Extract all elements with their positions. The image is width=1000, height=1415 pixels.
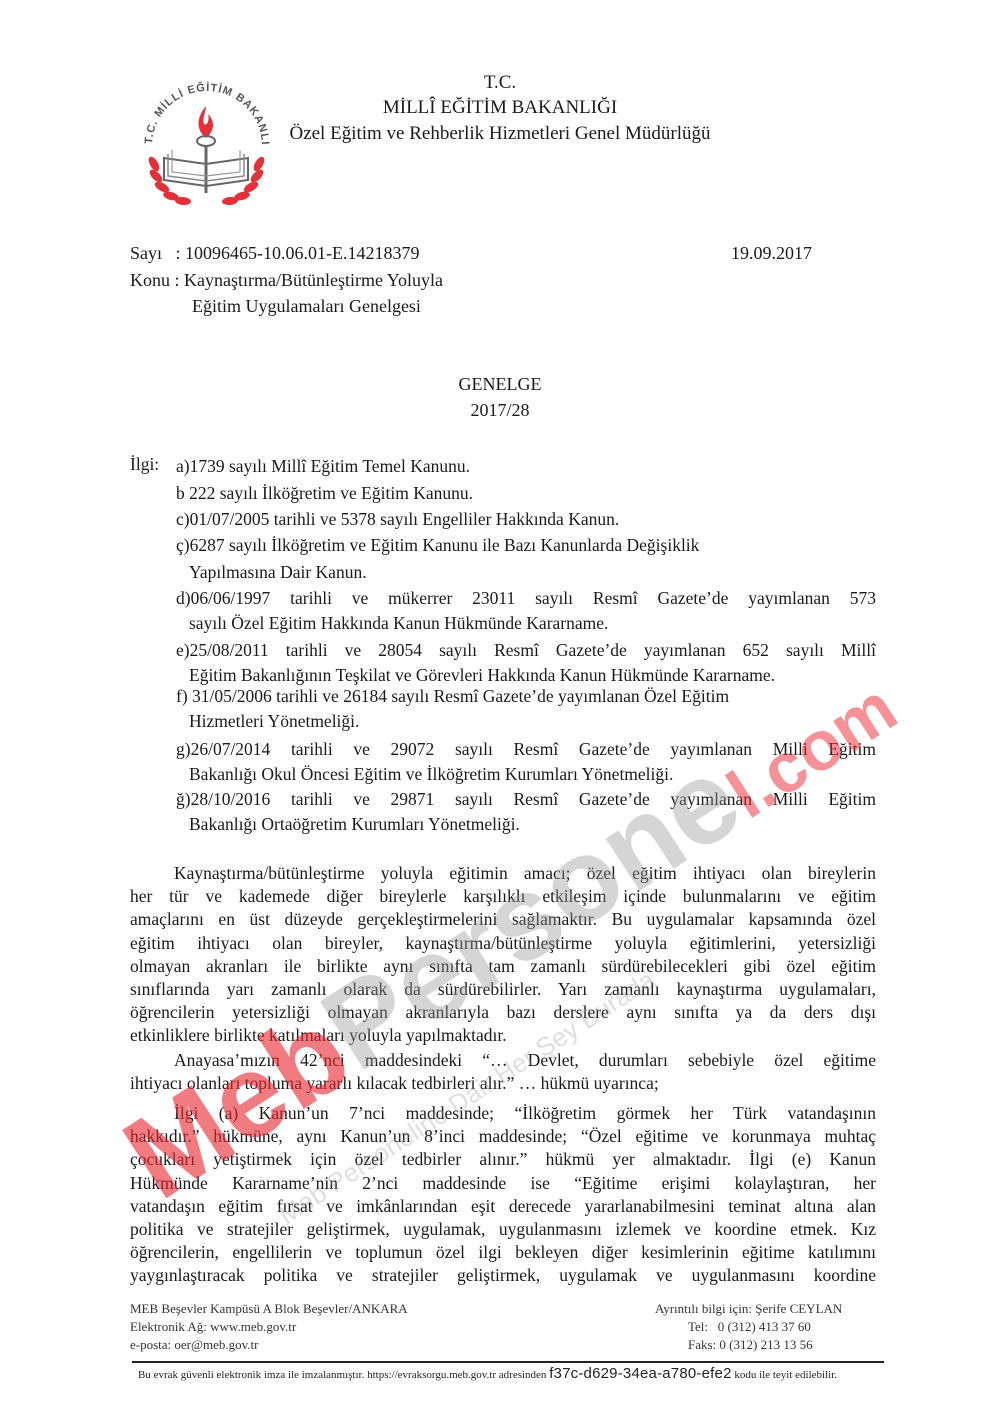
reference-item: c)01/07/2005 tarihli ve 5378 sayılı Enge… [176,507,876,532]
body-line: Anayasa’mızın 42’nci maddesindeki “… Dev… [130,1049,876,1072]
body-line: vatandaşın eğitim fırsat ve imkânlarında… [130,1195,876,1218]
reference-item: a)1739 sayılı Millî Eğitim Temel Kanunu. [176,454,876,479]
footer-contact-left: MEB Beşevler Kampüsü A Blok Beşevler/ANK… [130,1300,408,1354]
reference-line: ğ)28/10/2016 tarihli ve 29871 sayılı Res… [176,787,876,812]
body-line: her tür ve kademede diğer bireylerle kar… [130,885,876,908]
e-signature-note: Bu evrak güvenli elektronik imza ile imz… [138,1365,837,1382]
reference-line: f) 31/05/2006 tarihli ve 26184 sayılı Re… [176,684,876,709]
reference-line: Bakanlığı Ortaöğretim Kurumları Yönetmel… [176,812,876,837]
reference-item: g)26/07/2014 tarihli ve 29072 sayılı Res… [176,737,876,787]
verify-text: Bu evrak güvenli elektronik imza ile imz… [138,1369,549,1381]
document-subject-cont: Eğitim Uygulamaları Genelgesi [192,296,421,317]
body-line: olmayan akranları ile birlikte aynı sını… [130,955,876,978]
header-ministry: MİLLÎ EĞİTİM BAKANLIĞI [280,97,720,119]
footer-website[interactable]: Elektronik Ağ: www.meb.gov.tr [130,1318,408,1336]
page-title: GENELGE [300,374,700,395]
reference-line: g)26/07/2014 tarihli ve 29072 sayılı Res… [176,737,876,762]
footer-contact-right: Ayrıntılı bilgi için: Şerife CEYLAN Tel:… [655,1300,842,1354]
body-line: ihtiyacı olanları topluma yararlı kılaca… [130,1072,876,1095]
references-label: İlgi: [130,454,159,475]
header-tc: T.C. [280,72,720,94]
reference-line: Hizmetleri Yönetmeliği. [176,709,876,734]
reference-line: d)06/06/1997 tarihli ve mükerrer 23011 s… [176,586,876,611]
reference-item: ç)6287 sayılı İlköğretim ve Eğitim Kanun… [176,533,876,585]
document-date: 19.09.2017 [731,243,812,264]
verify-code: f37c-d629-34ea-a780-efe2 [549,1365,731,1382]
reference-line: a)1739 sayılı Millî Eğitim Temel Kanunu. [176,454,876,479]
verify-text-end: kodu ile teyit edilebilir. [732,1369,837,1381]
reference-line: Bakanlığı Okul Öncesi Eğitim ve İlköğret… [176,762,876,787]
body-line: İlgi (a) Kanun’un 7’nci maddesinde; “İlk… [130,1102,876,1125]
body-paragraph: Anayasa’mızın 42’nci maddesindeki “… Dev… [130,1049,876,1095]
body-line: yaygınlaştıracak politika ve stratejiler… [130,1264,876,1287]
body-paragraph: Kaynaştırma/bütünleştirme yoluyla eğitim… [130,862,876,1048]
footer-phone: Tel: 0 (312) 413 37 60 [655,1318,842,1336]
reference-item: f) 31/05/2006 tarihli ve 26184 sayılı Re… [176,684,876,734]
reference-line: sayılı Özel Eğitim Hakkında Kanun Hükmün… [176,611,876,636]
body-line: eğitim ihtiyacı olan bireyler, kaynaştır… [130,932,876,955]
body-paragraph: İlgi (a) Kanun’un 7’nci maddesinde; “İlk… [130,1102,876,1288]
body-line: amaçlarını en üst düzeyde gerçekleştirme… [130,908,876,931]
reference-item: d)06/06/1997 tarihli ve mükerrer 23011 s… [176,586,876,636]
body-line: hakkıdır.” hükmüne, aynı Kanun’un 8’inci… [130,1125,876,1148]
footer-contact-person: Ayrıntılı bilgi için: Şerife CEYLAN [655,1300,842,1318]
reference-line: b 222 sayılı İlköğretim ve Eğitim Kanunu… [176,481,876,506]
body-line: Kaynaştırma/bütünleştirme yoluyla eğitim… [130,862,876,885]
meb-emblem-icon: T.C. MİLLİ EĞİTİM BAKANLIĞI [134,68,279,208]
reference-item: b 222 sayılı İlköğretim ve Eğitim Kanunu… [176,481,876,506]
body-line: politika ve stratejiler geliştirmek, uyg… [130,1218,876,1241]
circular-number: 2017/28 [300,400,700,421]
body-line: öğrencilerin, engellilerin ve toplumun ö… [130,1241,876,1264]
footer-email[interactable]: e-posta: oer@meb.gov.tr [130,1336,408,1354]
body-line: çocukları yetiştirmek için özel tedbirle… [130,1148,876,1171]
body-line: etkinliklere birlikte katılmaları yoluyl… [130,1024,876,1047]
footer-address: MEB Beşevler Kampüsü A Blok Beşevler/ANK… [130,1300,408,1318]
body-line: Hükmünde Kararname’nin 2’nci maddesinde … [130,1172,876,1195]
footer-divider [132,1361,884,1363]
reference-item: e)25/08/2011 tarihli ve 28054 sayılı Res… [176,638,876,688]
footer-fax: Faks: 0 (312) 213 13 56 [655,1336,842,1354]
reference-item: ğ)28/10/2016 tarihli ve 29871 sayılı Res… [176,787,876,837]
document-subject: Konu : Kaynaştırma/Bütünleştirme Yoluyla [130,270,443,291]
body-line: sınıflarında yarı zamanlı olarak da sürd… [130,978,876,1001]
header-directorate: Özel Eğitim ve Rehberlik Hizmetleri Gene… [280,123,720,145]
body-line: öğrencilerin yetersizliği olmayan akranl… [130,1001,876,1024]
reference-line: c)01/07/2005 tarihli ve 5378 sayılı Enge… [176,507,876,532]
document-number: Sayı : 10096465-10.06.01-E.14218379 [130,243,420,264]
reference-line: ç)6287 sayılı İlköğretim ve Eğitim Kanun… [176,533,876,558]
reference-line: e)25/08/2011 tarihli ve 28054 sayılı Res… [176,638,876,663]
reference-line: Yapılmasına Dair Kanun. [176,560,876,585]
